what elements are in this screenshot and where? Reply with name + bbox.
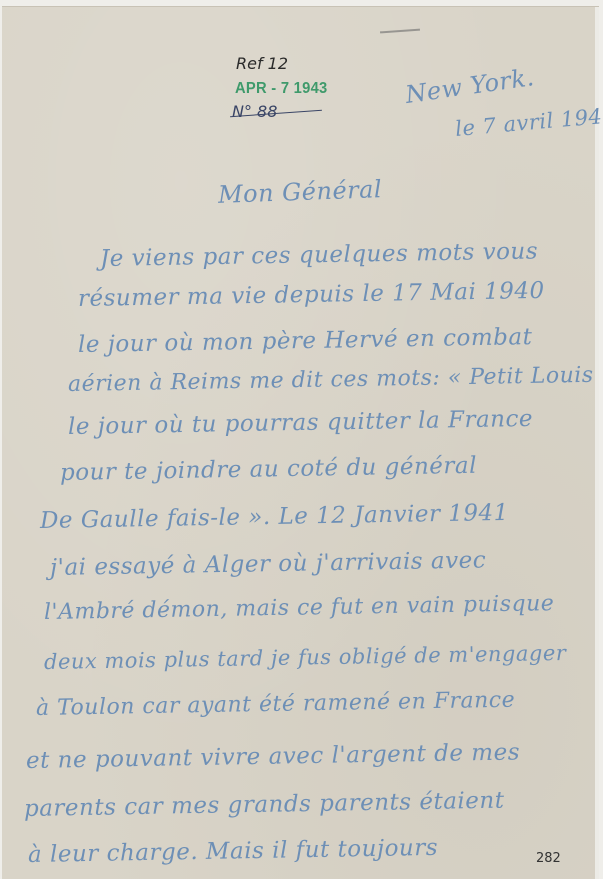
reference-annotation: Ref 12 <box>236 54 288 73</box>
received-date-stamp: APR - 7 1943 <box>235 80 328 98</box>
archive-page-number: 282 <box>536 851 561 866</box>
struck-number-annotation: N° 88 <box>232 102 277 121</box>
letter-salutation: Mon Général <box>218 175 383 209</box>
page-edge <box>595 7 599 879</box>
